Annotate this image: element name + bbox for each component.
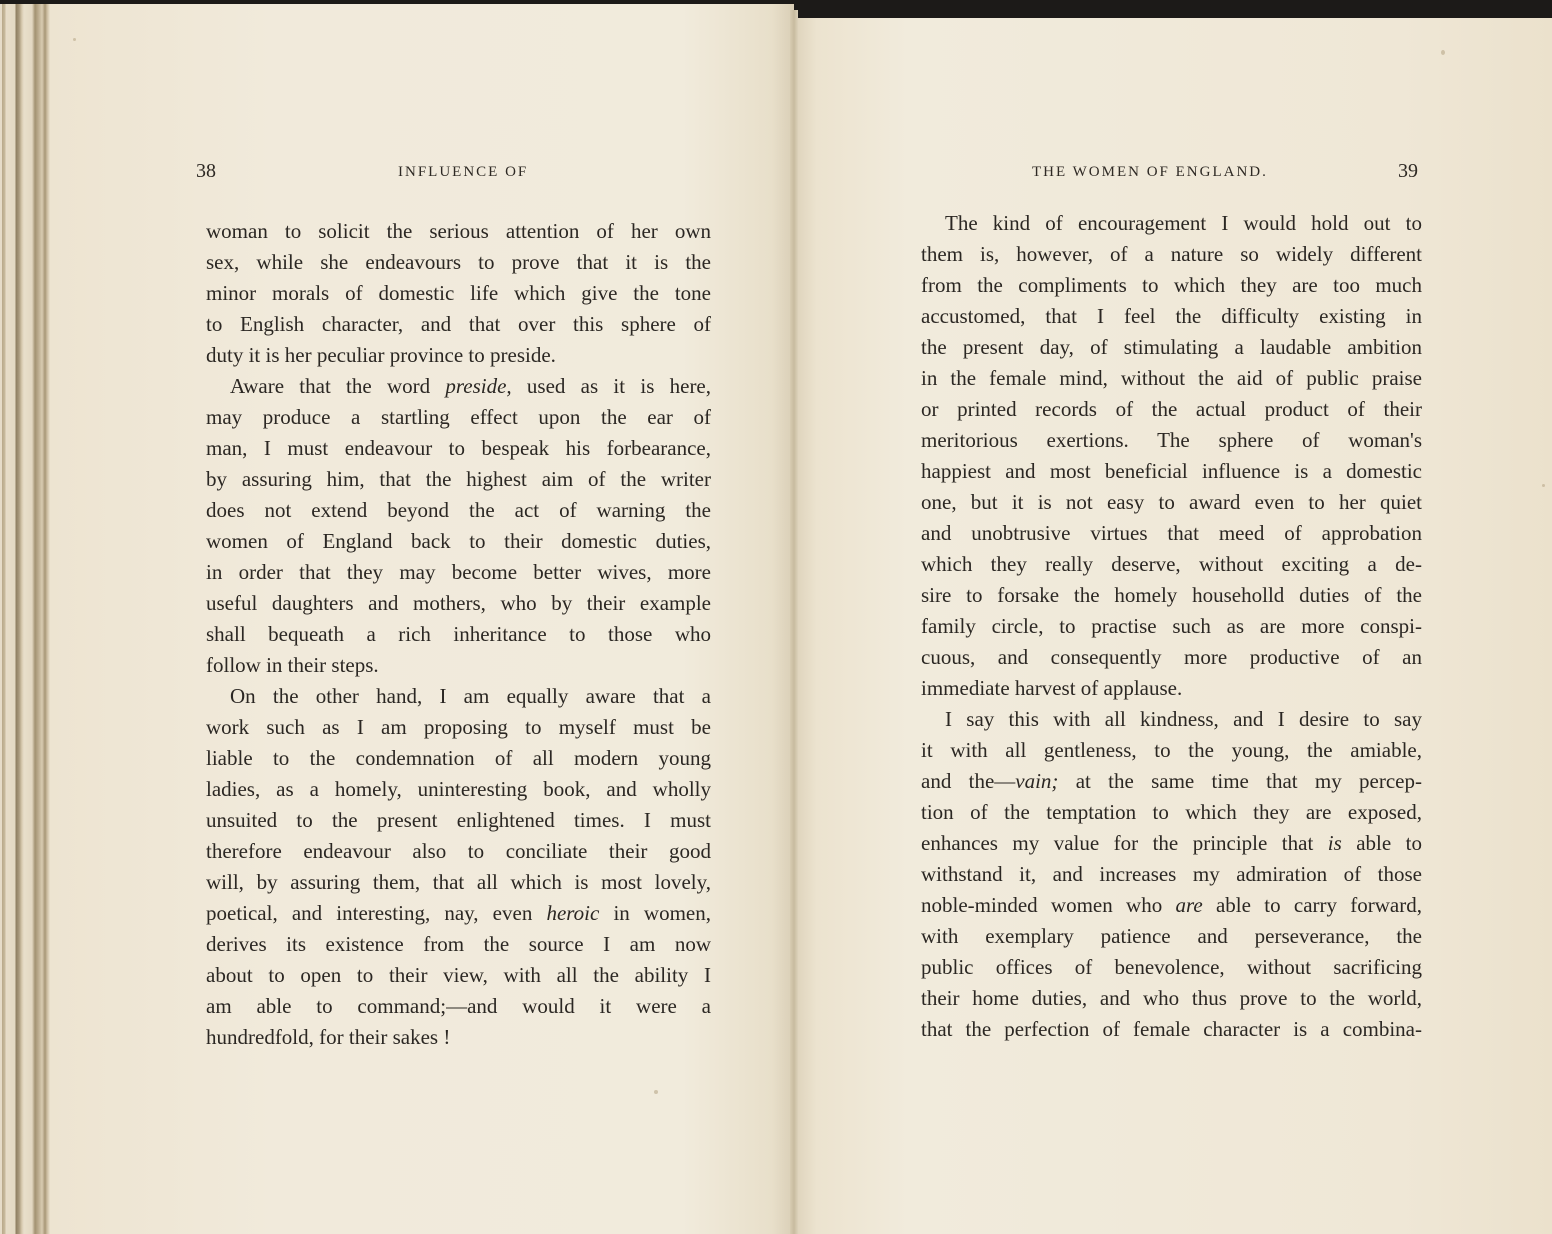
- text-line: public offices of benevolence, without s…: [921, 952, 1422, 983]
- right-running-head: THE WOMEN OF ENGLAND.: [1032, 164, 1268, 181]
- text-line: that the perfection of female character …: [921, 1014, 1422, 1045]
- text-line: which they really deserve, without excit…: [921, 549, 1422, 580]
- italic-word: heroic: [546, 901, 599, 925]
- text-line: the present day, of stimulating a laudab…: [921, 332, 1422, 363]
- text-line: useful daughters and mothers, who by the…: [206, 588, 711, 619]
- text-line: liable to the condemnation of all modern…: [206, 743, 711, 774]
- text-line: work such as I am proposing to myself mu…: [206, 712, 711, 743]
- text-line: tion of the temptation to which they are…: [921, 797, 1422, 828]
- text-line: or printed records of the actual product…: [921, 394, 1422, 425]
- text-line: one, but it is not easy to award even to…: [921, 487, 1422, 518]
- italic-word: is: [1328, 831, 1342, 855]
- text-line: noble-minded women who are able to carry…: [921, 890, 1422, 921]
- text-line: On the other hand, I am equally aware th…: [206, 681, 711, 712]
- text-line: I say this with all kindness, and I desi…: [921, 704, 1422, 735]
- text-line: accustomed, that I feel the difficulty e…: [921, 301, 1422, 332]
- text-line: am able to command;—and would it were a: [206, 991, 711, 1022]
- text-line: will, by assuring them, that all which i…: [206, 867, 711, 898]
- text-line: Aware that the word preside, used as it …: [206, 371, 711, 402]
- text-line: therefore endeavour also to conciliate t…: [206, 836, 711, 867]
- text-line: The kind of encouragement I would hold o…: [921, 208, 1422, 239]
- paper-speck: [1542, 484, 1545, 487]
- italic-word: are: [1175, 893, 1202, 917]
- left-page-number: 38: [196, 160, 216, 183]
- text-line: it with all gentleness, to the young, th…: [921, 735, 1422, 766]
- text-line: duty it is her peculiar province to pres…: [206, 340, 711, 371]
- text-line: derives its existence from the source I …: [206, 929, 711, 960]
- text-line: by assuring him, that the highest aim of…: [206, 464, 711, 495]
- right-page-text: The kind of encouragement I would hold o…: [921, 208, 1422, 1045]
- paper-speck: [73, 38, 76, 41]
- text-line: in order that they may become better wiv…: [206, 557, 711, 588]
- text-line: poetical, and interesting, nay, even her…: [206, 898, 711, 929]
- right-page-number: 39: [1398, 160, 1418, 183]
- text-line: enhances my value for the principle that…: [921, 828, 1422, 859]
- book-spread: 38 INFLUENCE OF THE WOMEN OF ENGLAND. 39…: [0, 0, 1552, 1234]
- text-line: sex, while she endeavours to prove that …: [206, 247, 711, 278]
- text-line: cuous, and consequently more productive …: [921, 642, 1422, 673]
- text-line: family circle, to practise such as are m…: [921, 611, 1422, 642]
- text-line: them is, however, of a nature so widely …: [921, 239, 1422, 270]
- text-line: follow in their steps.: [206, 650, 711, 681]
- text-line: meritorious exertions. The sphere of wom…: [921, 425, 1422, 456]
- text-line: shall bequeath a rich inheritance to tho…: [206, 619, 711, 650]
- book-gutter: [790, 10, 798, 1234]
- left-running-head: INFLUENCE OF: [398, 164, 528, 181]
- text-line: to English character, and that over this…: [206, 309, 711, 340]
- paper-speck: [1441, 50, 1445, 55]
- text-line: man, I must endeavour to bespeak his for…: [206, 433, 711, 464]
- text-line: hundredfold, for their sakes !: [206, 1022, 711, 1053]
- text-line: with exemplary patience and perseverance…: [921, 921, 1422, 952]
- text-line: does not extend beyond the act of warnin…: [206, 495, 711, 526]
- italic-word: preside,: [445, 374, 511, 398]
- text-line: may produce a startling effect upon the …: [206, 402, 711, 433]
- text-line: minor morals of domestic life which give…: [206, 278, 711, 309]
- page-edges: [0, 4, 50, 1234]
- italic-word: vain;: [1015, 769, 1058, 793]
- text-line: and the—vain; at the same time that my p…: [921, 766, 1422, 797]
- text-line: in the female mind, without the aid of p…: [921, 363, 1422, 394]
- text-line: ladies, as a homely, uninteresting book,…: [206, 774, 711, 805]
- text-line: sire to forsake the homely householld du…: [921, 580, 1422, 611]
- text-line: happiest and most beneficial influence i…: [921, 456, 1422, 487]
- text-line: about to open to their view, with all th…: [206, 960, 711, 991]
- text-line: from the compliments to which they are t…: [921, 270, 1422, 301]
- text-line: woman to solicit the serious attention o…: [206, 216, 711, 247]
- text-line: unsuited to the present enlightened time…: [206, 805, 711, 836]
- text-line: withstand it, and increases my admiratio…: [921, 859, 1422, 890]
- text-line: their home duties, and who thus prove to…: [921, 983, 1422, 1014]
- paper-speck: [654, 1090, 658, 1094]
- text-line: women of England back to their domestic …: [206, 526, 711, 557]
- left-page-text: woman to solicit the serious attention o…: [206, 216, 711, 1053]
- text-line: immediate harvest of applause.: [921, 673, 1422, 704]
- text-line: and unobtrusive virtues that meed of app…: [921, 518, 1422, 549]
